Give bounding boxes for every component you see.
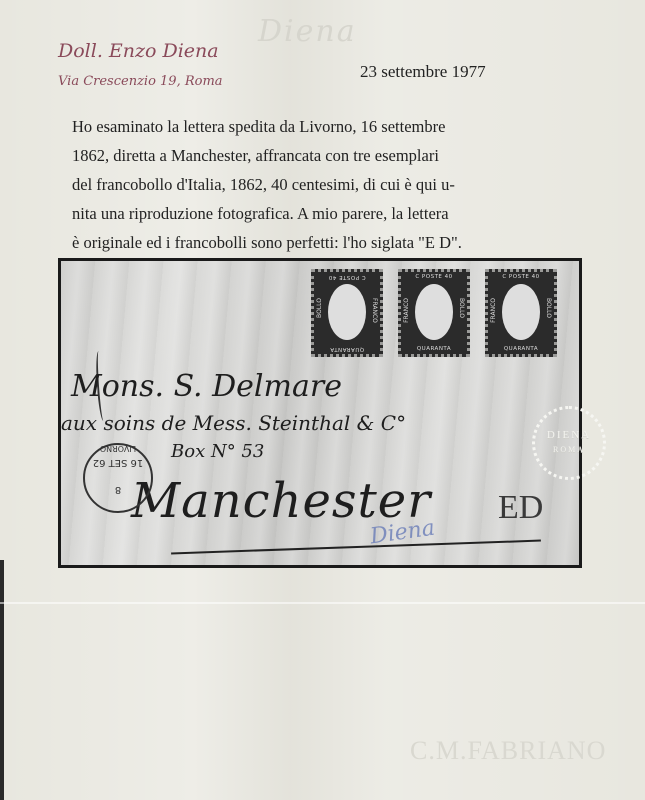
body-line: nita una riproduzione fotografica. A mio… [72, 199, 592, 228]
scan-edge [0, 560, 4, 800]
watermark-fabriano: C.M.FABRIANO [410, 736, 606, 766]
body-line: del francobollo d'Italia, 1862, 40 cente… [72, 170, 592, 199]
stamp-top-text: C POSTE 40 [488, 274, 554, 280]
stamp-40c-2: C POSTE 40 FRANCO BOLLO QUARANTA [398, 269, 470, 357]
stamp-top-text: C POSTE 40 [314, 274, 380, 280]
stamp-side-text: BOLLO [545, 298, 552, 318]
stamp-side-text: BOLLO [316, 298, 323, 318]
livorno-postmark: 8 16 SET 62 LIVORNO [83, 443, 153, 513]
postmark-city: LIVORNO [85, 444, 151, 453]
stamp-side-text: FRANCO [490, 298, 497, 323]
certificate-body: Ho esaminato la lettera spedita da Livor… [72, 112, 592, 257]
seal-name: DIENA [535, 429, 603, 441]
stamp-bottom-text: QUARANTA [314, 346, 380, 352]
stamp-40c-3: C POSTE 40 FRANCO BOLLO QUARANTA [485, 269, 557, 357]
body-line: è originale ed i francobolli sono perfet… [72, 228, 592, 257]
king-portrait-icon [328, 284, 366, 340]
body-line: Ho esaminato la lettera spedita da Livor… [72, 112, 592, 141]
certificate-date: 23 settembre 1977 [360, 62, 486, 82]
watermark-diena: Diena [258, 14, 357, 49]
body-line: 1862, diretta a Manchester, affrancata c… [72, 141, 592, 170]
cover-photograph: C POSTE 40 BOLLO FRANCO QUARANTA C POSTE… [58, 258, 582, 568]
postmark-number: 8 [85, 484, 151, 495]
letterhead-address: Via Crescenzio 19, Roma [58, 74, 223, 89]
stamp-bottom-text: QUARANTA [401, 346, 467, 352]
addressee-line: Mons. S. Delmare [71, 369, 342, 404]
destination-city: Manchester [131, 473, 431, 529]
stamp-top-text: C POSTE 40 [401, 274, 467, 280]
stamp-bottom-text: QUARANTA [488, 346, 554, 352]
seal-city: ROMA [535, 445, 603, 454]
embossed-seal: DIENA ROMA [532, 406, 606, 480]
letterhead-name: Doll. Enzo Diena [58, 40, 219, 62]
care-of-line: aux soins de Mess. Steinthal & C° [61, 411, 406, 435]
expert-initials-mark: ED [498, 489, 543, 527]
box-line: Box N° 53 [171, 441, 264, 462]
stamp-side-text: BOLLO [458, 298, 465, 318]
stamp-side-text: FRANCO [403, 298, 410, 323]
postmark-date: 16 SET 62 [85, 457, 151, 468]
king-portrait-icon [415, 284, 453, 340]
stamp-side-text: FRANCO [371, 298, 378, 323]
king-portrait-icon [502, 284, 540, 340]
fold-line [0, 602, 645, 604]
stamp-40c-1: C POSTE 40 BOLLO FRANCO QUARANTA [311, 269, 383, 357]
